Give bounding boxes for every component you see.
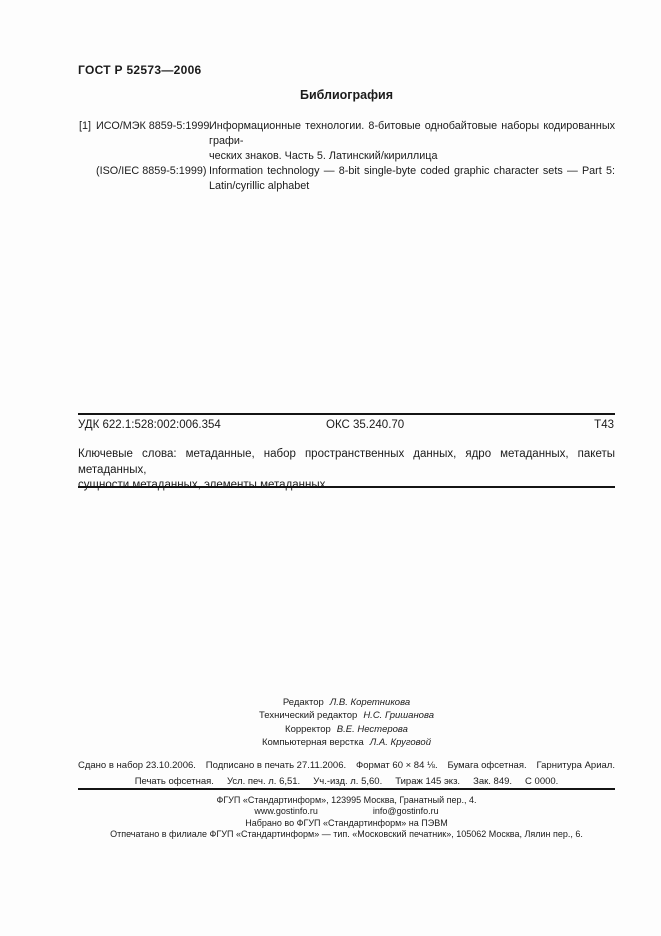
publisher-printed-note: Отпечатано в филиале ФГУП «Стандартинфор… — [78, 829, 615, 840]
bibliography-entry: [1] ИСО/МЭК 8859-5:1999 Информационные т… — [79, 119, 615, 194]
imprint-typeset-date: Сдано в набор 23.10.2006. — [78, 760, 196, 771]
classification-row: УДК 622.1:528:002:006.354 ОКС 35.240.70 … — [78, 419, 615, 431]
bibliography-ref-ru: ИСО/МЭК 8859-5:1999 — [96, 119, 209, 134]
imprint-line-2: Печать офсетная. Усл. печ. л. 6,51. Уч.-… — [78, 776, 615, 787]
credit-layout: Компьютерная версткаЛ.А. Круговой — [78, 736, 615, 749]
desc-en-line1: Information technology — 8-bit single-by… — [209, 164, 615, 179]
credit-technical-editor: Технический редакторН.С. Гришанова — [78, 709, 615, 722]
document-page: ГОСТ Р 52573—2006 Библиография [1] ИСО/М… — [0, 0, 661, 936]
bibliography-row-ru: [1] ИСО/МЭК 8859-5:1999 Информационные т… — [79, 119, 615, 164]
credit-name: В.Е. Нестерова — [337, 724, 408, 735]
publisher-block: ФГУП «Стандартинформ», 123995 Москва, Гр… — [78, 795, 615, 840]
credit-role: Корректор — [285, 724, 331, 735]
imprint-format: Формат 60 × 84 ⅛. — [356, 760, 438, 771]
horizontal-rule-bottom — [78, 788, 615, 790]
publisher-typeset-note: Набрано во ФГУП «Стандартинформ» на ПЭВМ — [78, 818, 615, 829]
keywords-line1: Ключевые слова: метаданные, набор простр… — [78, 447, 615, 478]
bibliography-desc-ru: Информационные технологии. 8-битовые одн… — [209, 119, 615, 164]
credit-name: Н.С. Гришанова — [363, 710, 434, 721]
email-address: info@gostinfo.ru — [373, 806, 439, 817]
imprint-paper: Бумага офсетная. — [447, 760, 526, 771]
t-code: Т43 — [594, 419, 614, 431]
imprint-print-method: Печать офсетная. — [135, 776, 214, 787]
desc-ru-line2: ческих знаков. Часть 5. Латинский/кирилл… — [209, 149, 615, 164]
credits-block: РедакторЛ.В. Коретникова Технический ред… — [78, 696, 615, 750]
credit-name: Л.В. Коретникова — [330, 697, 410, 708]
imprint-circulation: Тираж 145 экз. — [395, 776, 460, 787]
udk-code: УДК 622.1:528:002:006.354 — [78, 419, 221, 431]
imprint-print-date: Подписано в печать 27.11.2006. — [206, 760, 346, 771]
page-title: Библиография — [78, 88, 615, 102]
imprint-line-1: Сдано в набор 23.10.2006. Подписано в пе… — [78, 760, 615, 771]
bibliography-row-en: (ISO/IEC 8859-5:1999) Information techno… — [79, 164, 615, 194]
imprint-publisher-sheets: Уч.-изд. л. 5,60. — [313, 776, 382, 787]
oks-code: ОКС 35.240.70 — [326, 419, 404, 431]
imprint-c-number: С 0000. — [525, 776, 558, 787]
imprint-typeface: Гарнитура Ариал. — [537, 760, 615, 771]
desc-ru-line1: Информационные технологии. 8-битовые одн… — [209, 119, 615, 149]
horizontal-rule-top — [78, 413, 615, 415]
imprint-order-number: Зак. 849. — [473, 776, 512, 787]
bibliography-index: [1] — [79, 119, 96, 134]
credit-role: Редактор — [283, 697, 324, 708]
horizontal-rule-keywords — [78, 486, 615, 488]
desc-en-line2: Latin/cyrillic alphabet — [209, 179, 615, 194]
credit-corrector: КорректорВ.Е. Нестерова — [78, 723, 615, 736]
page-content: ГОСТ Р 52573—2006 Библиография [1] ИСО/М… — [78, 0, 615, 936]
imprint-press-sheets: Усл. печ. л. 6,51. — [227, 776, 300, 787]
publisher-contacts: www.gostinfo.ru info@gostinfo.ru — [78, 806, 615, 817]
website-url: www.gostinfo.ru — [254, 806, 318, 817]
bibliography-desc-en: Information technology — 8-bit single-by… — [209, 164, 615, 194]
credit-name: Л.А. Круговой — [370, 737, 431, 748]
credit-role: Компьютерная верстка — [262, 737, 364, 748]
doc-number: ГОСТ Р 52573—2006 — [78, 63, 202, 77]
credit-role: Технический редактор — [259, 710, 357, 721]
credit-editor: РедакторЛ.В. Коретникова — [78, 696, 615, 709]
publisher-address: ФГУП «Стандартинформ», 123995 Москва, Гр… — [78, 795, 615, 806]
bibliography-ref-en: (ISO/IEC 8859-5:1999) — [96, 164, 209, 179]
